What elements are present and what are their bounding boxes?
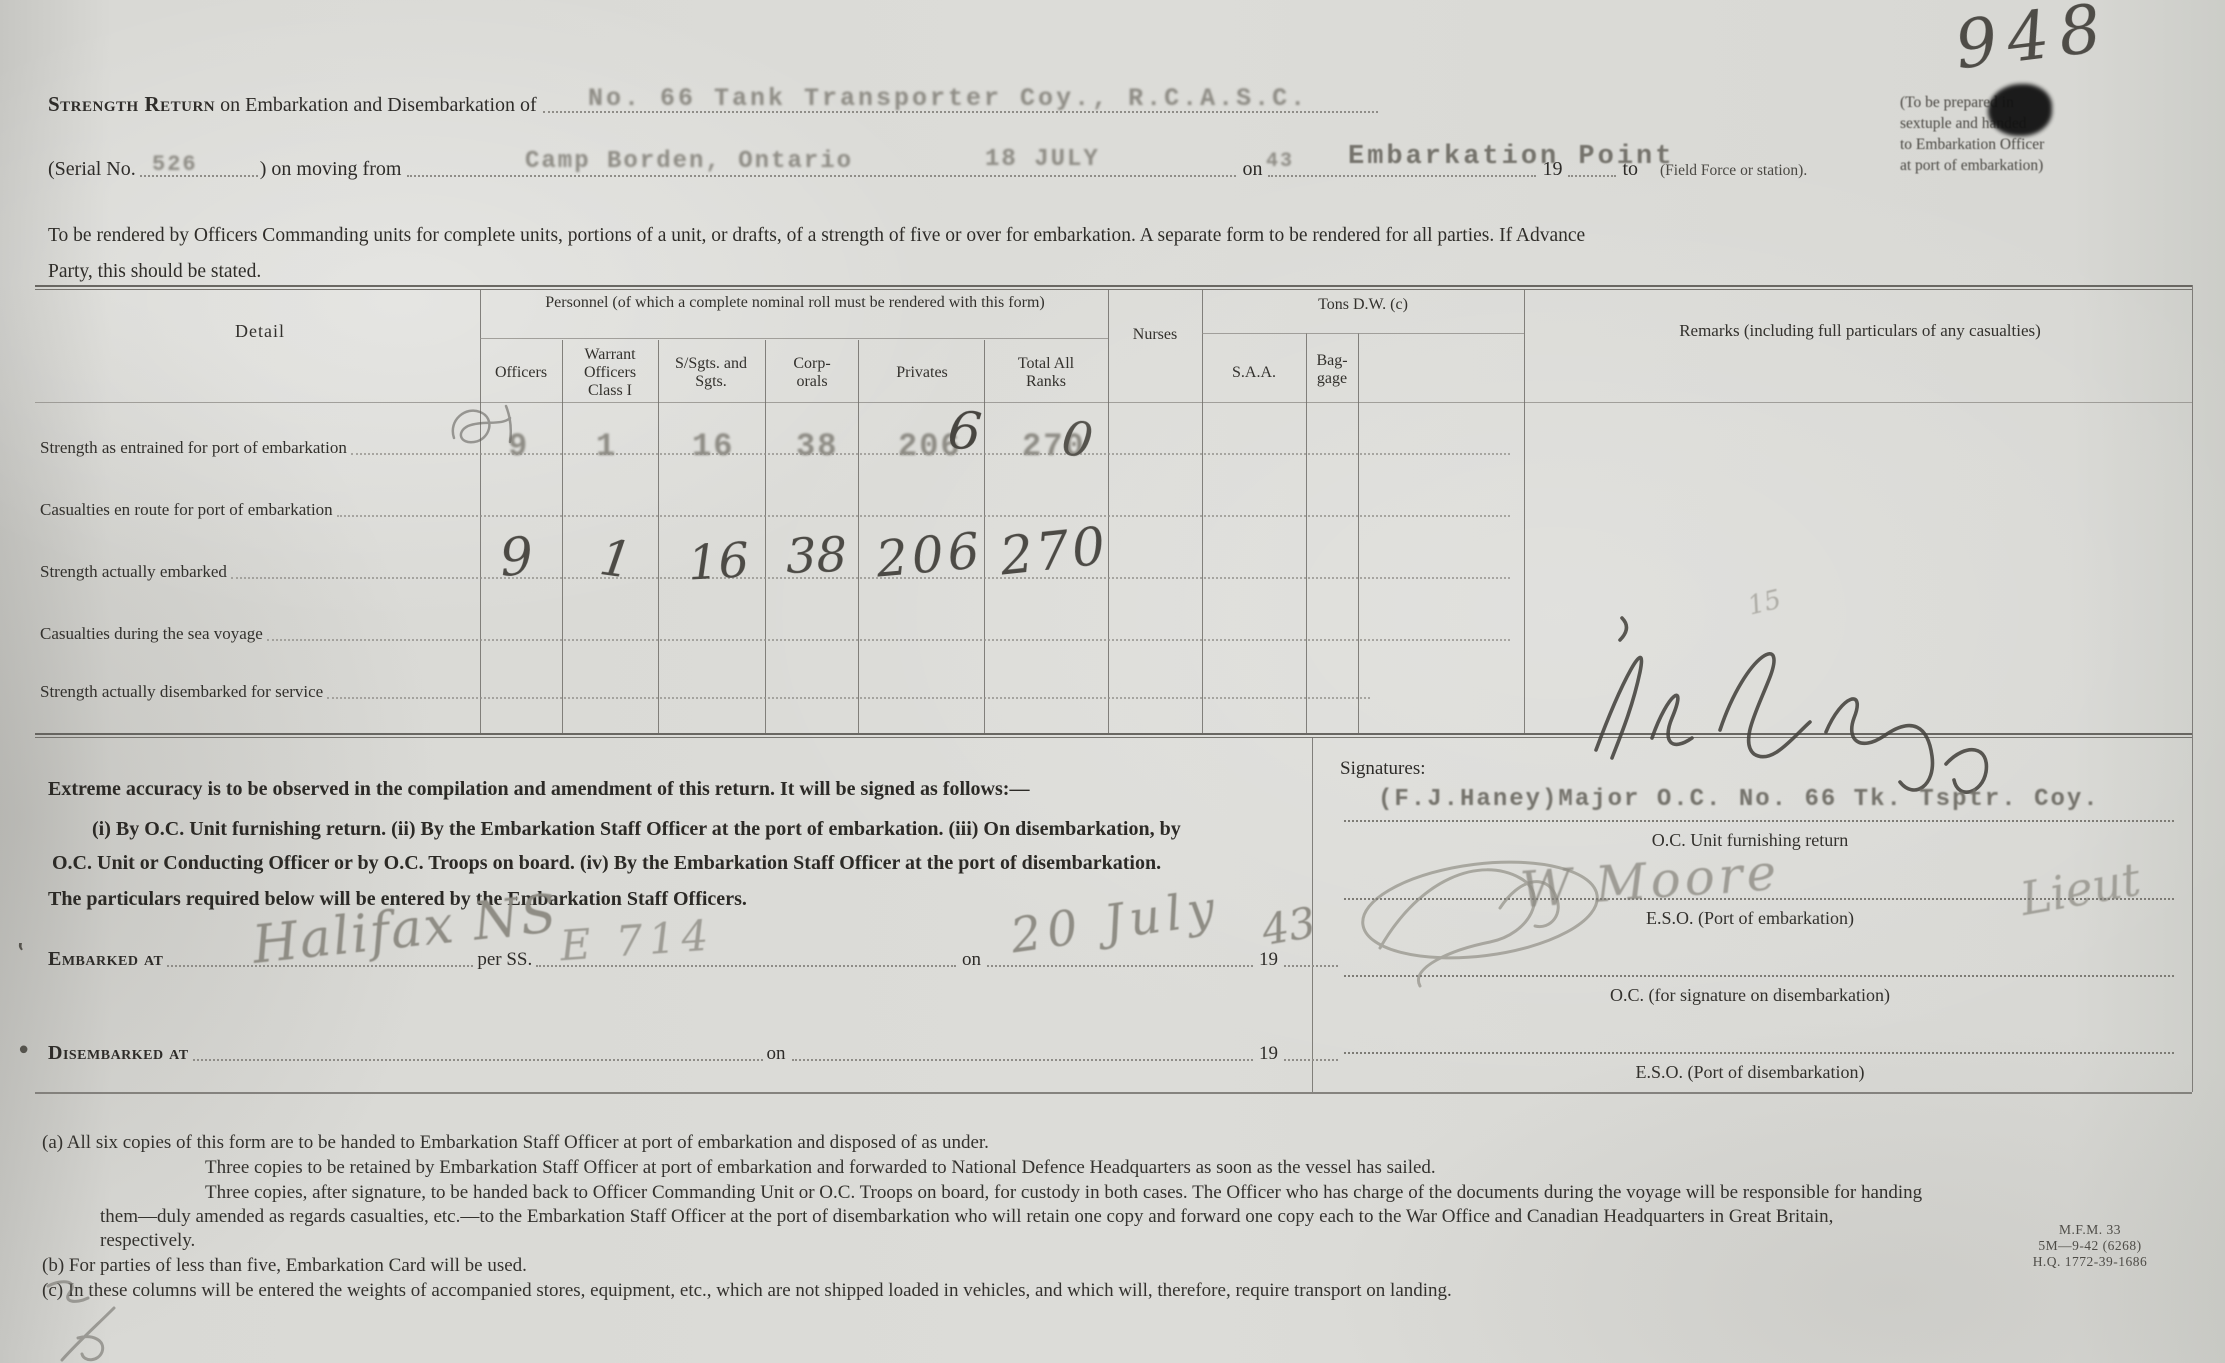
- col-line: [1306, 333, 1307, 733]
- stray-pencil-mark: ‛: [16, 938, 26, 973]
- dotted-leader: [1268, 175, 1536, 177]
- pencil-scribble: [440, 398, 530, 454]
- embarked-at-label: Embarked at: [48, 948, 163, 971]
- ink-blob: [1988, 84, 2052, 136]
- dotted-leader: [792, 1059, 1253, 1061]
- embarked-on-label: on: [962, 949, 981, 971]
- signatures-heading: Signatures:: [1340, 758, 1426, 780]
- disembarked-at-label: Disembarked at: [48, 1042, 189, 1065]
- dotted-leader: [231, 577, 1510, 579]
- disembarked-on-label: on: [767, 1043, 786, 1065]
- personnel-group-header: Personnel (of which a complete nominal r…: [500, 294, 1090, 312]
- footnote-a-line5: respectively.: [100, 1230, 195, 1252]
- dotted-leader: [1284, 965, 1338, 967]
- footnote-a-line2: Three copies to be retained by Embarkati…: [205, 1157, 1436, 1179]
- signature-rule: [1344, 975, 2174, 977]
- form-title: Strength Return: [48, 92, 215, 116]
- entrained-ssgts-value: 16: [692, 428, 734, 465]
- stray-pencil-mark: •: [16, 1036, 31, 1066]
- signature-rule: [1344, 820, 2174, 822]
- imprint-line: 5M—9-42 (6268): [1990, 1238, 2190, 1254]
- oc-disembark-caption: O.C. (for signature on disembarkation): [1450, 985, 2050, 1006]
- col-line: [562, 340, 563, 733]
- ssgts-column-header: S/Sgts. and Sgts.: [666, 355, 756, 391]
- embarked-ssgts-value: 16: [687, 532, 751, 591]
- handwritten-page-number: 948: [1951, 0, 2115, 84]
- table-row: Strength as entrained for port of embark…: [40, 438, 1510, 458]
- officers-column-header: Officers: [482, 364, 560, 382]
- col-line: [765, 340, 766, 733]
- on-label: on: [1242, 158, 1262, 181]
- entrained-total-pencil-overwrite: 0: [1058, 410, 1096, 470]
- serial-close-label: ) on moving from: [260, 158, 402, 181]
- dotted-leader: [1284, 1059, 1338, 1061]
- dotted-leader: [987, 965, 1253, 967]
- form-imprint: M.F.M. 33 5M—9-42 (6268) H.Q. 1772-39-16…: [1990, 1222, 2190, 1270]
- signatures-bottom-rule: [35, 1092, 2192, 1094]
- tons-group-header: Tons D.W. (c): [1280, 296, 1446, 314]
- imprint-line: H.Q. 1772-39-1686: [1990, 1254, 2190, 1270]
- instructions: To be rendered by Officers Commanding un…: [48, 218, 2048, 290]
- oc-signature-typed: (F.J.Haney)Major O.C. No. 66 Tk. Tsptr. …: [1378, 786, 2100, 813]
- warrant-officers-column-header: Warrant Officers Class I: [570, 346, 650, 400]
- unit-name-typed: No. 66 Tank Transporter Coy., R.C.A.S.C.: [588, 84, 1308, 113]
- col-line: [1358, 333, 1359, 733]
- footnote-a-line4: them—duly amended as regards casualties,…: [100, 1206, 1833, 1228]
- disembarked-line: Disembarked at on 19: [48, 1042, 1338, 1065]
- corporals-column-header: Corp-orals: [782, 355, 842, 391]
- per-ss-label: per SS.: [477, 949, 532, 971]
- footnote-c: (c) In these columns will be entered the…: [42, 1280, 1452, 1302]
- origin-typed: Camp Borden, Ontario: [525, 148, 853, 175]
- embarked-corporals-value: 38: [785, 527, 848, 585]
- pencil-signature-scribble: [1560, 560, 2030, 795]
- serial-value-typed: 526: [152, 152, 198, 177]
- eso-disembark-caption: E.S.O. (Port of disembarkation): [1450, 1062, 2050, 1083]
- total-all-ranks-column-header: Total All Ranks: [1004, 355, 1088, 391]
- table-row: Strength actually embarked: [40, 562, 1510, 582]
- signature-rule: [1344, 1052, 2174, 1054]
- col-line: [1524, 290, 1525, 733]
- dotted-leader: [407, 175, 1236, 177]
- table-row: Casualties en route for port of embarkat…: [40, 500, 1510, 520]
- entrained-wo-value: 1: [596, 428, 617, 465]
- entrained-corporals-value: 38: [796, 428, 838, 465]
- privates-column-header: Privates: [860, 364, 984, 382]
- row-label: Strength actually disembarked for servic…: [40, 682, 323, 702]
- embarked-year-handwritten: 43: [1258, 898, 1319, 956]
- row-label: Casualties en route for port of embarkat…: [40, 500, 333, 520]
- embarked-officers-value: 9: [498, 527, 535, 589]
- signing-instructions-line1: (i) By O.C. Unit furnishing return. (ii)…: [92, 818, 1181, 841]
- instructions-line: To be rendered by Officers Commanding un…: [48, 218, 2048, 254]
- signing-instructions-line2: O.C. Unit or Conducting Officer or by O.…: [52, 852, 1161, 875]
- scanned-form-page: 948 (To be prepared in sextuple and hand…: [0, 0, 2225, 1363]
- detail-column-header: Detail: [120, 322, 400, 340]
- year-typed: 43: [1266, 150, 1294, 173]
- dotted-leader: [337, 515, 1510, 517]
- saa-column-header: S.A.A.: [1204, 364, 1304, 382]
- field-force-note: (Field Force or station).: [1660, 162, 1807, 180]
- accuracy-paragraph: Extreme accuracy is to be observed in th…: [48, 778, 1029, 801]
- dotted-leader: [1568, 175, 1616, 177]
- dotted-leader: [327, 697, 1370, 699]
- row-label: Casualties during the sea voyage: [40, 624, 263, 644]
- dotted-leader: [267, 639, 1510, 641]
- eso-embark-caption: E.S.O. (Port of embarkation): [1450, 908, 2050, 929]
- remarks-column-header: Remarks (including full particulars of a…: [1560, 322, 2160, 340]
- footnote-a-line3: Three copies, after signature, to be han…: [205, 1182, 1922, 1204]
- dotted-leader: [193, 1059, 763, 1061]
- page-right-edge-line: [2192, 285, 2193, 1092]
- tons-group-underline: [1202, 333, 1524, 334]
- col-line: [658, 340, 659, 733]
- destination-typed: Embarkation Point: [1348, 142, 1674, 172]
- entrained-privates-pencil-overwrite: 6: [945, 400, 984, 463]
- imprint-line: M.F.M. 33: [1990, 1222, 2190, 1238]
- row-label: Strength as entrained for port of embark…: [40, 438, 347, 458]
- signature-rule: [1344, 898, 2174, 900]
- embarked-privates-value: 206: [874, 521, 986, 588]
- serial-label: (Serial No.: [48, 158, 136, 181]
- personnel-group-underline: [480, 338, 1108, 339]
- footnote-a-line1: (a) All six copies of this form are to b…: [42, 1132, 989, 1154]
- col-line: [858, 340, 859, 733]
- disembarked-year-printed: 19: [1259, 1043, 1278, 1065]
- form-title-rest: on Embarkation and Disembarkation of: [215, 94, 537, 116]
- table-header-bottom-rule: [35, 402, 2192, 403]
- date-typed: 18 JULY: [985, 146, 1100, 173]
- table-top-rule: [35, 285, 2192, 290]
- col-line: [984, 340, 985, 733]
- corner-note-line: to Embarkation Officer: [1900, 134, 2200, 155]
- row-label: Strength actually embarked: [40, 562, 227, 582]
- nurses-column-header: Nurses: [1110, 326, 1200, 344]
- embarked-total-value: 270: [997, 517, 1111, 588]
- baggage-column-header: Bag-gage: [1302, 352, 1362, 388]
- pencil-scribble-bottom-left: [18, 1268, 168, 1363]
- table-row: Casualties during the sea voyage: [40, 624, 1510, 644]
- table-row: Strength actually disembarked for servic…: [40, 682, 1370, 702]
- corner-note-line: at port of embarkation): [1900, 155, 2200, 176]
